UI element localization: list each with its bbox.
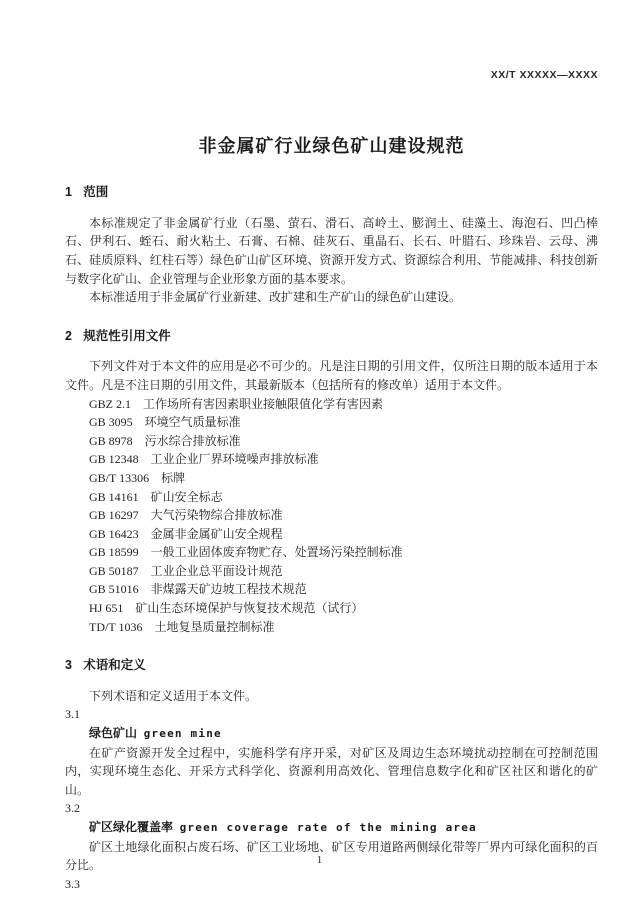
section-scope-heading: 1范围 [65,183,598,202]
reference-title: 标牌 [161,471,185,485]
reference-code: GB 14161 [89,490,139,504]
scope-paragraph: 本标准规定了非金属矿行业（石墨、萤石、滑石、高岭土、膨润土、硅藻土、海泡石、凹凸… [65,214,598,288]
section-normative-references: 2规范性引用文件 下列文件对于本文件的应用是必不可少的。凡是注日期的引用文件，仅… [65,327,598,637]
reference-item: GB 16423金属非金属矿山安全规程 [89,525,598,544]
term-name: 绿色矿山green mine [89,724,598,744]
reference-code: GB 51016 [89,582,139,596]
reference-code: GB/T 13306 [89,471,149,485]
reference-code: GB 50187 [89,564,139,578]
section-number: 3 [65,658,72,672]
reference-code: HJ 651 [89,601,123,615]
term-name: 矿区绿化覆盖率green coverage rate of the mining… [89,818,598,838]
reference-code: GB 16297 [89,508,139,522]
reference-code: GB 12348 [89,452,139,466]
document-title: 非金属矿行业绿色矿山建设规范 [65,137,598,156]
scope-applicability-paragraph: 本标准适用于非金属矿行业新建、改扩建和生产矿山的绿色矿山建设。 [65,288,598,307]
reference-item: GB 12348工业企业厂界环境噪声排放标准 [89,450,598,469]
reference-title: 土地复垦质量控制标准 [154,620,274,634]
document-page: XX/T XXXXX—XXXX 非金属矿行业绿色矿山建设规范 1范围 本标准规定… [0,0,639,918]
reference-item: HJ 651矿山生态环境保护与恢复技术规范（试行） [89,599,598,618]
reference-item: GB 14161矿山安全标志 [89,488,598,507]
section-title: 术语和定义 [83,658,146,672]
reference-item: TD/T 1036土地复垦质量控制标准 [89,618,598,637]
term-name-zh: 矿区绿化覆盖率 [89,820,173,834]
reference-item: GB 18599一般工业固体废弃物贮存、处置场污染控制标准 [89,543,598,562]
terms-intro: 下列术语和定义适用于本文件。 [65,687,598,706]
term-number: 3.1 [65,705,598,724]
reference-title: 一般工业固体废弃物贮存、处置场污染控制标准 [151,545,403,559]
term-name-zh: 绿色矿山 [89,726,137,740]
reference-item: GB 16297大气污染物综合排放标准 [89,506,598,525]
reference-title: 工作场所有害因素职业接触限值化学有害因素 [143,397,383,411]
section-scope: 1范围 本标准规定了非金属矿行业（石墨、萤石、滑石、高岭土、膨润土、硅藻土、海泡… [65,183,598,307]
reference-code: GB 16423 [89,527,139,541]
reference-title: 大气污染物综合排放标准 [151,508,283,522]
reference-code: GB 8978 [89,434,133,448]
term-name-en: green coverage rate of the mining area [180,821,477,834]
reference-title: 非煤露天矿边坡工程技术规范 [151,582,307,596]
section-references-heading: 2规范性引用文件 [65,327,598,346]
references-intro: 下列文件对于本文件的应用是必不可少的。凡是注日期的引用文件，仅所注日期的版本适用… [65,357,598,394]
section-terms-heading: 3术语和定义 [65,656,598,675]
reference-title: 环境空气质量标准 [145,415,241,429]
term-name-en: green mine [144,727,222,740]
reference-title: 矿山生态环境保护与恢复技术规范（试行） [135,601,363,615]
section-number: 1 [65,185,72,199]
term-block: 3.1 绿色矿山green mine 在矿产资源开发全过程中，实施科学有序开采，… [65,705,598,799]
reference-item: GB 8978污水综合排放标准 [89,432,598,451]
standard-number: XX/T XXXXX—XXXX [65,66,598,85]
reference-title: 矿山安全标志 [151,490,223,504]
term-definition: 在矿产资源开发全过程中，实施科学有序开采，对矿区及周边生态环境扰动控制在可控制范… [65,744,598,800]
reference-code: GBZ 2.1 [89,397,131,411]
term-number: 3.2 [65,799,598,818]
section-title: 规范性引用文件 [83,329,171,343]
reference-title: 污水综合排放标准 [145,434,241,448]
reference-item: GB/T 13306标牌 [89,469,598,488]
reference-code: TD/T 1036 [89,620,142,634]
section-number: 2 [65,329,72,343]
reference-item: GB 50187工业企业总平面设计规范 [89,562,598,581]
reference-list: GBZ 2.1工作场所有害因素职业接触限值化学有害因素 GB 3095环境空气质… [65,395,598,637]
reference-title: 工业企业厂界环境噪声排放标准 [151,452,319,466]
reference-title: 工业企业总平面设计规范 [151,564,283,578]
page-number: 1 [0,851,639,870]
reference-title: 金属非金属矿山安全规程 [151,527,283,541]
term-number: 3.3 [65,875,598,894]
reference-item: GB 3095环境空气质量标准 [89,413,598,432]
reference-code: GB 3095 [89,415,133,429]
reference-code: GB 18599 [89,545,139,559]
section-title: 范围 [83,185,108,199]
reference-item: GBZ 2.1工作场所有害因素职业接触限值化学有害因素 [89,395,598,414]
term-block: 3.3 [65,875,598,894]
reference-item: GB 51016非煤露天矿边坡工程技术规范 [89,580,598,599]
